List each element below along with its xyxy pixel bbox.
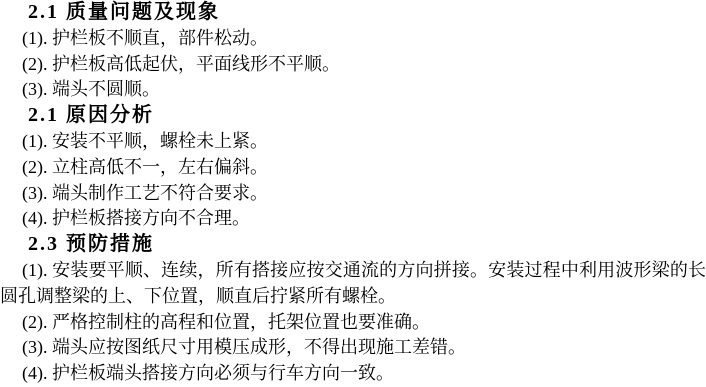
list-item: (3). 端头应按图纸尺寸用模压成形，不得出现施工差错。 (0, 335, 706, 361)
list-item: (2). 立柱高低不一，左右偏斜。 (0, 155, 706, 181)
list-item: (1). 安装不平顺，螺栓未上紧。 (0, 129, 706, 155)
list-item: (3). 端头制作工艺不符合要求。 (0, 181, 706, 207)
list-item: (1). 安装要平顺、连续，所有搭接应按交通流的方向拼接。安装过程中利用波形梁的… (0, 258, 706, 310)
list-item: (3). 端头不圆顺。 (0, 77, 706, 103)
list-item: (4). 护栏板搭接方向不合理。 (0, 206, 706, 232)
section-heading-quality-problems: 2.1 质量问题及现象 (0, 0, 706, 26)
section-heading-prevention-measures: 2.3 预防措施 (0, 232, 706, 258)
list-item: (2). 严格控制柱的高程和位置，托架位置也要准确。 (0, 310, 706, 336)
document-page: 2.1 质量问题及现象 (1). 护栏板不顺直，部件松动。 (2). 护栏板高低… (0, 0, 706, 387)
list-item: (4). 护栏板端头搭接方向必须与行车方向一致。 (0, 361, 706, 387)
list-item: (2). 护栏板高低起伏，平面线形不平顺。 (0, 52, 706, 78)
section-heading-cause-analysis: 2.1 原因分析 (0, 103, 706, 129)
list-item: (1). 护栏板不顺直，部件松动。 (0, 26, 706, 52)
